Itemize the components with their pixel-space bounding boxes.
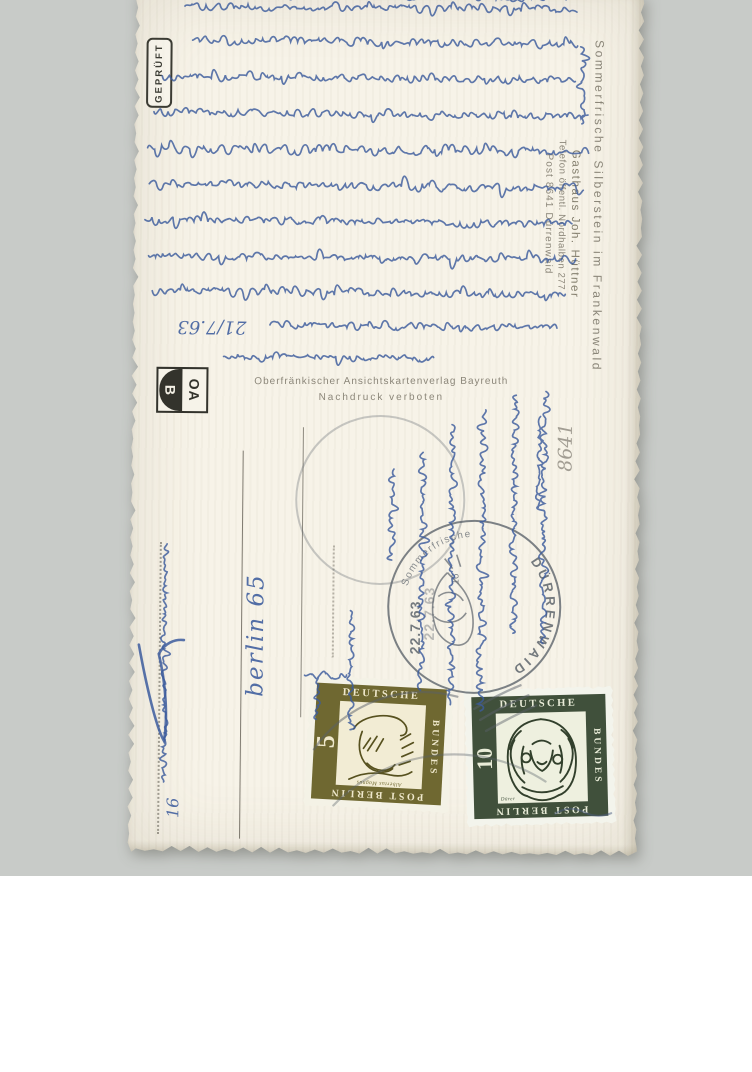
- stamp-10pf-right-text: BUNDES: [586, 711, 608, 801]
- stamp-5pf-portrait-panel: Albertus Magnus: [336, 701, 426, 789]
- stamp-5pf-frame: DEUTSCHE 5: [311, 683, 447, 806]
- stamp-10pf-duerer: DEUTSCHE 10: [463, 686, 616, 828]
- scan-background-strip: [0, 876, 752, 1072]
- stamp-5pf-albertus-magnus: DEUTSCHE 5: [303, 674, 456, 814]
- header-post-line: Post 8641 Dürrenwaid: [542, 154, 554, 275]
- publisher-logo-letters: OA: [182, 369, 206, 411]
- geprueft-examiner-stamp: GEPRÜFT: [146, 38, 173, 108]
- stamp-10pf-value: 10: [472, 714, 498, 805]
- stamp-10pf-frame: DEUTSCHE 10: [471, 694, 608, 819]
- handwritten-city-line: berlin 65: [242, 421, 271, 697]
- postcard-back: GEPRÜFT Sommerfrische Silberstein im Fra…: [127, 0, 645, 856]
- header-phone-line: Telefon öffentl. Nordhalben 277: [555, 140, 567, 291]
- stamp-5pf-middle: 5: [312, 700, 446, 791]
- albertus-magnus-portrait: [336, 701, 426, 789]
- scanned-postcard-photo: GEPRÜFT Sommerfrische Silberstein im Fra…: [0, 0, 752, 1072]
- publisher-logo-letter-b: B: [159, 369, 182, 411]
- stamp-10pf-bottom-text: POST BERLIN: [474, 801, 608, 819]
- handwritten-message-date: 21/7.63: [174, 316, 250, 338]
- handwritten-pencil-code: 8641: [555, 388, 578, 472]
- imprint-line1: Oberfränkischer Ansichtskartenverlag Bay…: [231, 374, 531, 390]
- stamp-10pf-portrait-panel: Dürer: [496, 711, 588, 803]
- header-guesthouse-line: Gasthaus Joh. Hüttner: [568, 150, 581, 299]
- publisher-logo: OA B: [156, 367, 208, 413]
- imprint-line2: Nachdruck verboten: [231, 390, 531, 406]
- handwritten-house-number: 16: [163, 782, 182, 818]
- stamp-10pf-middle: 10: [472, 711, 608, 804]
- publisher-imprint: Oberfränkischer Ansichtskartenverlag Bay…: [231, 374, 531, 406]
- duerer-portrait: [496, 711, 588, 803]
